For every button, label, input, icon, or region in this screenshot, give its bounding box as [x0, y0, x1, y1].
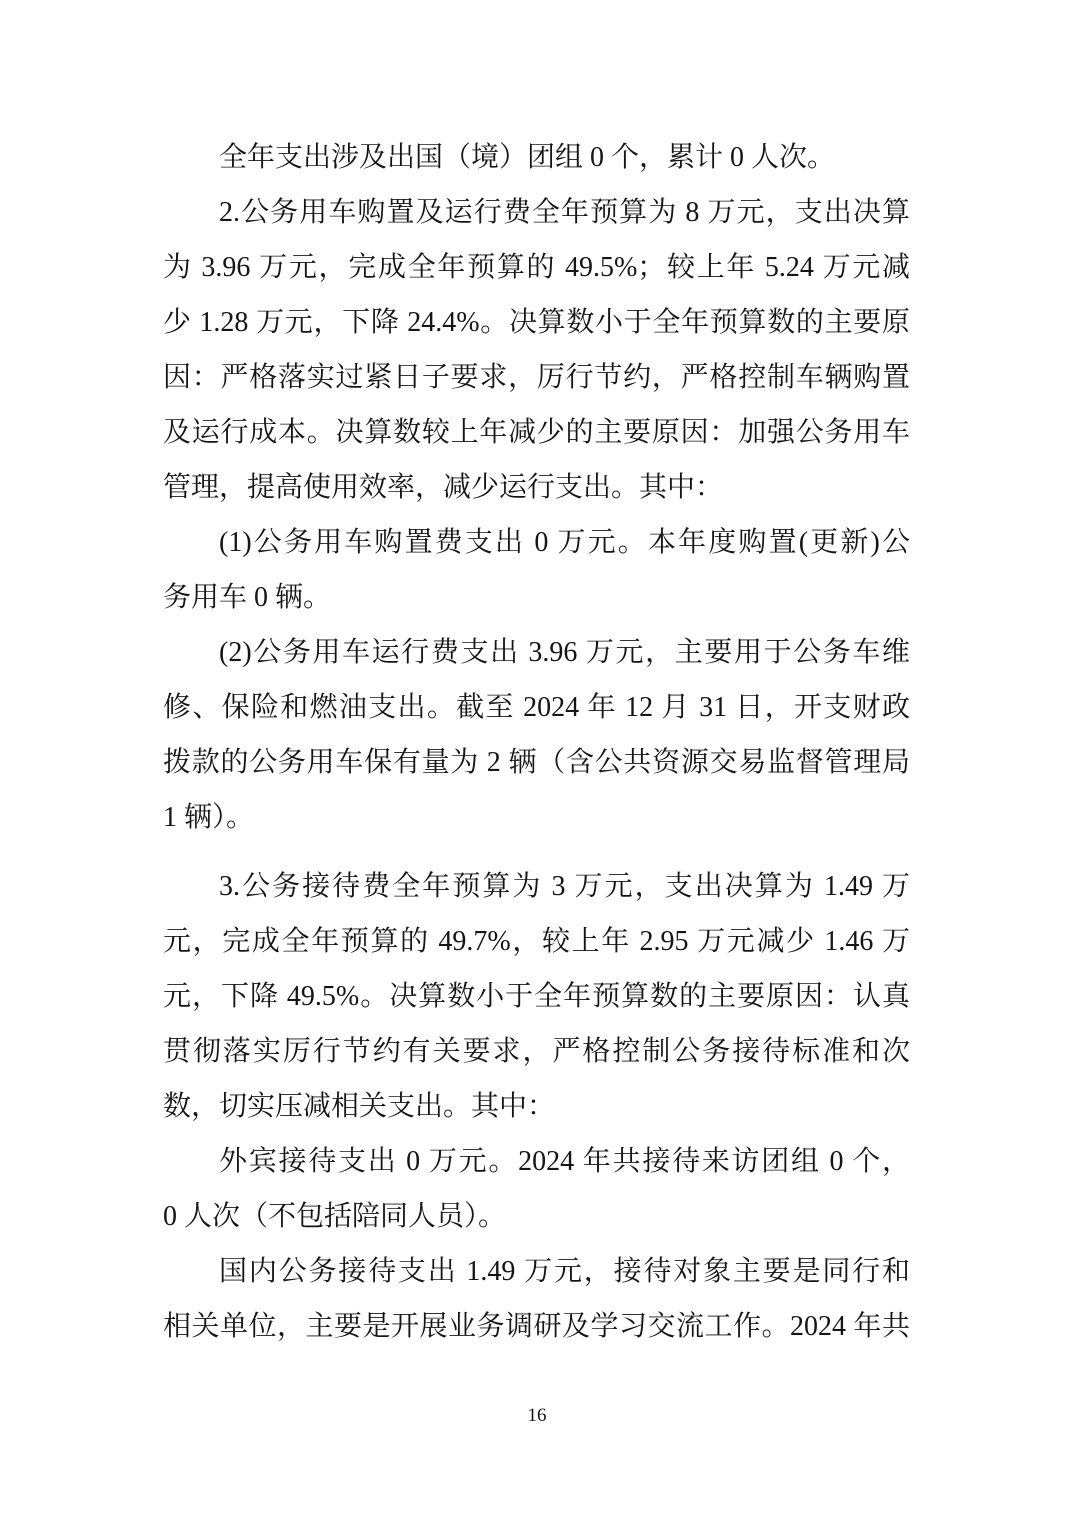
text-line: 管理，提高使用效率，减少运行支出。其中： [163, 460, 910, 515]
text-line: 元，完成全年预算的 49.7%，较上年 2.95 万元减少 1.46 万 [163, 914, 910, 969]
paragraph-vehicle-purchase-expense-detail: (1)公务用车购置费支出 0 万元。本年度购置(更新)公务用车 0 辆。 [163, 515, 910, 625]
text-line: 为 3.96 万元，完成全年预算的 49.5%；较上年 5.24 万元减 [163, 240, 910, 295]
text-line: 全年支出涉及出国（境）团组 0 个，累计 0 人次。 [163, 130, 910, 185]
paragraph-vehicle-purchase-and-operation-expense: 2.公务用车购置及运行费全年预算为 8 万元，支出决算为 3.96 万元，完成全… [163, 185, 910, 515]
text-line: 数，切实压减相关支出。其中： [163, 1079, 910, 1134]
paragraph-annual-overseas-trips-summary: 全年支出涉及出国（境）团组 0 个，累计 0 人次。 [163, 130, 910, 185]
text-line: 贯彻落实厉行节约有关要求，严格控制公务接待标准和次 [163, 1024, 910, 1079]
text-line: 务用车 0 辆。 [163, 570, 910, 625]
text-line: 元，下降 49.5%。决算数小于全年预算数的主要原因：认真 [163, 969, 910, 1024]
text-line: 0 人次（不包括陪同人员）。 [163, 1189, 910, 1244]
document-page: 全年支出涉及出国（境）团组 0 个，累计 0 人次。2.公务用车购置及运行费全年… [0, 0, 1074, 1520]
text-line: 因：严格落实过紧日子要求，厉行节约，严格控制车辆购置 [163, 350, 910, 405]
text-line: 相关单位，主要是开展业务调研及学习交流工作。2024 年共 [163, 1299, 910, 1354]
page-number: 16 [0, 1403, 1074, 1429]
paragraph-official-reception-expense: 3.公务接待费全年预算为 3 万元，支出决算为 1.49 万元，完成全年预算的 … [163, 859, 910, 1134]
text-line: 拨款的公务用车保有量为 2 辆（含公共资源交易监督管理局 [163, 735, 910, 790]
document-body: 全年支出涉及出国（境）团组 0 个，累计 0 人次。2.公务用车购置及运行费全年… [163, 130, 910, 1354]
text-line: 修、保险和燃油支出。截至 2024 年 12 月 31 日，开支财政 [163, 680, 910, 735]
paragraph-domestic-official-reception: 国内公务接待支出 1.49 万元，接待对象主要是同行和相关单位，主要是开展业务调… [163, 1244, 910, 1354]
paragraph-foreign-guest-reception: 外宾接待支出 0 万元。2024 年共接待来访团组 0 个，0 人次（不包括陪同… [163, 1134, 910, 1244]
paragraph-vehicle-operation-expense-detail: (2)公务用车运行费支出 3.96 万元，主要用于公务车维修、保险和燃油支出。截… [163, 625, 910, 845]
text-line: 1 辆）。 [163, 790, 910, 845]
text-line: 及运行成本。决算数较上年减少的主要原因：加强公务用车 [163, 405, 910, 460]
text-line: 3.公务接待费全年预算为 3 万元，支出决算为 1.49 万 [163, 859, 910, 914]
text-line: 少 1.28 万元，下降 24.4%。决算数小于全年预算数的主要原 [163, 295, 910, 350]
text-line: (1)公务用车购置费支出 0 万元。本年度购置(更新)公 [163, 515, 910, 570]
text-line: (2)公务用车运行费支出 3.96 万元，主要用于公务车维 [163, 625, 910, 680]
text-line: 国内公务接待支出 1.49 万元，接待对象主要是同行和 [163, 1244, 910, 1299]
text-line: 2.公务用车购置及运行费全年预算为 8 万元，支出决算 [163, 185, 910, 240]
text-line: 外宾接待支出 0 万元。2024 年共接待来访团组 0 个， [163, 1134, 910, 1189]
